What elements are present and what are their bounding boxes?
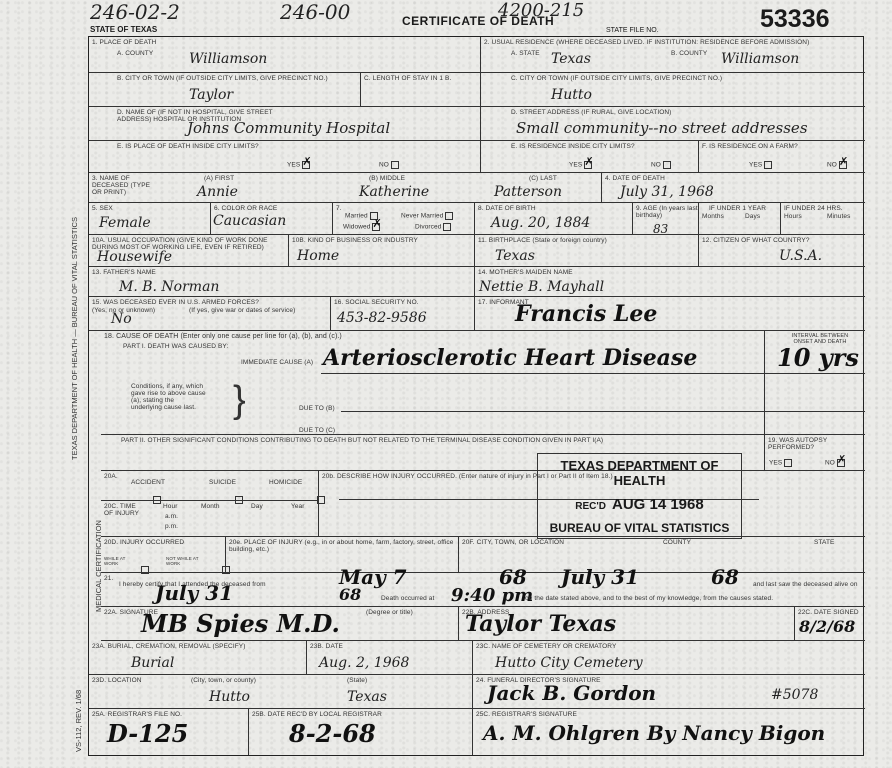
injury-state-label: STATE <box>814 539 834 546</box>
birthplace-label: 11. BIRTHPLACE (State or foreign country… <box>478 237 607 244</box>
age-cell: 9. AGE (In years last birthday) 83 <box>633 203 699 235</box>
certificate-form: 1. PLACE OF DEATH a. COUNTY Williamson 2… <box>88 36 864 756</box>
immediate-cause: Arteriosclerotic Heart Disease <box>323 345 697 371</box>
birthplace-value: Texas <box>495 248 535 264</box>
disposition-label: 23a. BURIAL, CREMATION, REMOVAL (Specify… <box>92 643 246 650</box>
physician-certification-cell: 21. I hereby certify that I attended the… <box>101 573 865 607</box>
injury-type-label: 20a. <box>104 473 118 480</box>
checkbox-checked-icon <box>837 459 845 467</box>
dob-label: 8. DATE OF BIRTH <box>478 205 536 212</box>
autopsy-cell: 19. WAS AUTOPSY PERFORMED? YES NO <box>765 435 865 471</box>
last-seen-date: July 31 <box>155 581 233 605</box>
autopsy-no[interactable]: NO <box>825 459 845 467</box>
citizen-label: 12. CITIZEN OF WHAT COUNTRY? <box>702 237 810 244</box>
date-received: 8-2-68 <box>289 719 376 748</box>
citizenship-cell: 12. CITIZEN OF WHAT COUNTRY? U.S.A. <box>699 235 865 267</box>
am-label: a.m. <box>165 513 178 520</box>
cemetery-cell: 23c. NAME OF CEMETERY OR CREMATORY Hutto… <box>473 641 865 675</box>
father-label: 13. FATHER'S NAME <box>92 269 156 276</box>
place-of-death-city: Taylor <box>189 87 233 103</box>
suicide-label: SUICIDE <box>209 479 236 486</box>
place-of-death-county: Williamson <box>189 51 267 67</box>
checkbox-checked-icon <box>839 161 847 169</box>
county-label: a. COUNTY <box>117 50 153 57</box>
received-stamp: TEXAS DEPARTMENT OF HEALTH REC'DAUG 14 1… <box>537 453 742 539</box>
under-1-year-label: IF UNDER 1 YEAR <box>709 205 766 212</box>
registrar-signature: A. M. Ohlgren By Nancy Bigon <box>483 721 825 745</box>
residence-state-county-cell: 2. USUAL RESIDENCE (Where deceased lived… <box>481 37 865 73</box>
day-label: Day <box>251 503 263 510</box>
cemetery-name: Hutto City Cemetery <box>495 655 643 671</box>
hospital-name: Johns Community Hospital <box>187 119 390 137</box>
sex-value: Female <box>99 215 151 231</box>
pm-label: p.m. <box>165 523 178 530</box>
funeral-director-signature: Jack B. Gordon <box>487 681 656 705</box>
marital-status-cell: 7. Married Never Married Widowed Divorce… <box>333 203 475 235</box>
residence-street-cell: d. STREET ADDRESS (If rural, give locati… <box>481 107 865 141</box>
handwritten-code-2: 246-00 <box>280 0 350 24</box>
attended-to-year: 68 <box>711 565 739 589</box>
armed-forces-sub2: (If yes, give war or dates of service) <box>189 307 295 314</box>
residence-county: Williamson <box>721 51 799 67</box>
conditions-label: Conditions, if any, which gave rise to a… <box>131 383 206 412</box>
residence-inside-city-yes[interactable]: YES <box>569 161 592 169</box>
length-of-stay-cell: c. LENGTH OF STAY in 1 b. <box>361 73 481 107</box>
injury-occurred-cell: 20d. INJURY OCCURRED WHILE AT WORK NOT W… <box>101 537 226 573</box>
place-inside-city-yes[interactable]: YES <box>287 161 310 169</box>
injury-county-label: COUNTY <box>663 539 691 546</box>
armed-forces-cell: 15. WAS DECEASED EVER IN U.S. ARMED FORC… <box>89 297 331 331</box>
date-of-death-cell: 4. DATE OF DEATH July 31, 1968 <box>602 173 865 203</box>
disposition-value: Burial <box>131 655 174 671</box>
ssn-cell: 16. SOCIAL SECURITY NO. 453-82-9586 <box>331 297 475 331</box>
age-label: 9. AGE (In years last birthday) <box>636 205 698 219</box>
residence-inside-city-cell: e. IS RESIDENCE INSIDE CITY LIMITS? YES … <box>481 141 699 173</box>
place-of-injury-label: 20e. PLACE OF INJURY (e.g., in or about … <box>229 539 454 553</box>
residence-farm-cell: f. IS RESIDENCE ON A FARM? YES NO <box>699 141 865 173</box>
date-signed: 8/2/68 <box>799 617 855 636</box>
residence-farm-no[interactable]: NO <box>827 161 847 169</box>
hospital-cell: d. NAME OF (If not in hospital, give str… <box>89 107 481 141</box>
place-of-death-county-cell: 1. PLACE OF DEATH a. COUNTY Williamson <box>89 37 481 73</box>
month-label: Month <box>201 503 220 510</box>
residence-street-label: d. STREET ADDRESS (If rural, give locati… <box>511 109 671 116</box>
checkbox-icon <box>443 223 451 231</box>
registrar-signature-label: 25c. REGISTRAR'S SIGNATURE <box>476 711 577 718</box>
under-24-hours-cell: IF UNDER 24 HRS. Hours Minutes <box>781 203 865 235</box>
interval-cell: INTERVAL BETWEEN ONSET AND DEATH 10 yrs <box>765 331 865 435</box>
date-of-death-label: 4. DATE OF DEATH <box>605 175 665 182</box>
father-name-cell: 13. FATHER'S NAME M. B. Norman <box>89 267 475 297</box>
minutes-label: Minutes <box>827 213 850 220</box>
date-received-cell: 25b. DATE REC'D BY LOCAL REGISTRAR 8-2-6… <box>249 709 473 755</box>
funeral-license-number: #5078 <box>771 687 818 703</box>
informant-cell: 17. INFORMANT Francis Lee <box>475 297 865 331</box>
cemetery-label: 23c. NAME OF CEMETERY OR CREMATORY <box>476 643 616 650</box>
brace-icon: } <box>233 381 246 419</box>
checkbox-icon <box>784 459 792 467</box>
not-while-at-work-label: NOT WHILE AT WORK <box>166 557 201 567</box>
marital-widowed[interactable]: Widowed <box>343 223 380 231</box>
date-of-birth-cell: 8. DATE OF BIRTH Aug. 20, 1884 <box>475 203 633 235</box>
residence-city: Hutto <box>551 87 592 103</box>
residence-state-label: a. STATE <box>511 50 540 57</box>
occupation-cell: 10a. USUAL OCCUPATION (Give kind of work… <box>89 235 289 267</box>
hours-label: Hours <box>784 213 802 220</box>
checkbox-checked-icon <box>302 161 310 169</box>
hour-label: Hour <box>163 503 178 510</box>
burial-location-state: Texas <box>347 689 387 705</box>
stamp-bureau: BUREAU OF VITAL STATISTICS <box>538 521 741 535</box>
state-file-label: STATE FILE NO. <box>606 27 659 34</box>
handwritten-code-1: 246-02-2 <box>90 0 180 24</box>
business-cell: 10b. KIND OF BUSINESS OR INDUSTRY Home <box>289 235 475 267</box>
marital-divorced[interactable]: Divorced <box>415 223 451 231</box>
date-of-birth: Aug. 20, 1884 <box>491 215 590 231</box>
business-value: Home <box>297 248 339 264</box>
length-of-stay-label: c. LENGTH OF STAY in 1 b. <box>364 75 464 82</box>
registrar-signature-cell: 25c. REGISTRAR'S SIGNATURE A. M. Ohlgren… <box>473 709 865 755</box>
city-label: b. CITY OR TOWN (If outside city limits,… <box>117 75 328 82</box>
checkbox-checked-icon <box>584 161 592 169</box>
first-name-label: (a) First <box>204 175 234 182</box>
residence-farm-yes[interactable]: YES <box>749 161 772 169</box>
date-of-death: July 31, 1968 <box>620 184 714 200</box>
deceased-last-name: Patterson <box>494 184 562 200</box>
residence-street: Small community--no street addresses <box>516 119 808 137</box>
marital-label: 7. <box>336 205 342 212</box>
immediate-cause-label: IMMEDIATE CAUSE (a) <box>241 359 313 366</box>
citizen-value: U.S.A. <box>779 248 822 264</box>
days-label: Days <box>745 213 760 220</box>
injury-type-cell: 20a. ACCIDENT SUICIDE HOMICIDE <box>101 471 319 501</box>
place-of-death-section-label: 1. PLACE OF DEATH <box>92 39 156 46</box>
checkbox-icon <box>445 212 453 220</box>
physician-address: Taylor Texas <box>465 611 616 637</box>
stamp-recd-label: REC'D <box>575 501 606 512</box>
injury-location-label: 20f. CITY, TOWN, OR LOCATION <box>462 539 564 546</box>
certification-text2: and last saw the deceased alive on <box>753 581 858 588</box>
document-title: CERTIFICATE OF DEATH <box>402 14 554 28</box>
certification-text3: on the date stated above, and to the bes… <box>525 595 773 602</box>
informant-signature: Francis Lee <box>515 301 657 327</box>
sex-label: 5. SEX <box>92 205 113 212</box>
physician-signature-cell: 22a. SIGNATURE (Degree or title) MB Spie… <box>101 607 459 641</box>
checkbox-icon <box>391 161 399 169</box>
residence-city-label: c. CITY OR TOWN (If outside city limits,… <box>511 75 722 82</box>
mother-maiden-name: Nettie B. Mayhall <box>479 279 604 295</box>
part1-label: PART I. DEATH WAS CAUSED BY: <box>123 343 228 350</box>
location-state-label: (State) <box>347 677 367 684</box>
last-name-label: (c) Last <box>529 175 557 182</box>
mother-label: 14. MOTHER'S MAIDEN NAME <box>478 269 573 276</box>
checkbox-checked-icon <box>372 223 380 231</box>
residence-farm-label: f. IS RESIDENCE ON A FARM? <box>702 143 798 150</box>
place-inside-city-cell: e. IS PLACE OF DEATH INSIDE CITY LIMITS?… <box>89 141 481 173</box>
father-name: M. B. Norman <box>119 279 219 295</box>
registrar-file-cell: 25a. REGISTRAR'S FILE NO. D-125 <box>89 709 249 755</box>
stamp-date: AUG 14 1968 <box>612 496 704 513</box>
death-occurred-label: Death occurred at <box>381 595 434 602</box>
degree-label: (Degree or title) <box>366 609 413 616</box>
checkbox-icon <box>663 161 671 169</box>
state-label: STATE OF TEXAS <box>90 25 157 34</box>
physician-address-cell: 22b. ADDRESS Taylor Texas <box>459 607 795 641</box>
under-1-year-cell: IF UNDER 1 YEAR Months Days <box>699 203 781 235</box>
residence-city-cell: c. CITY OR TOWN (If outside city limits,… <box>481 73 865 107</box>
year-label: Year <box>291 503 305 510</box>
cause-of-death-cell: 18. CAUSE OF DEATH (Enter only one cause… <box>101 331 765 435</box>
death-certificate: 246-02-2 246-00 4200-215 STATE OF TEXAS … <box>0 0 892 768</box>
age-value: 83 <box>653 222 668 236</box>
residence-inside-city-label: e. IS RESIDENCE INSIDE CITY LIMITS? <box>511 143 635 150</box>
time-of-injury-cell: 20c. TIME OF INJURY Hour a.m. p.m. Month… <box>101 501 319 537</box>
residence-section-label: 2. USUAL RESIDENCE (Where deceased lived… <box>484 39 809 46</box>
deceased-middle-name: Katherine <box>359 184 429 200</box>
disposition-cell: 23a. BURIAL, CREMATION, REMOVAL (Specify… <box>89 641 307 675</box>
cause-of-death-label: 18. CAUSE OF DEATH (Enter only one cause… <box>104 333 342 341</box>
sex-cell: 5. SEX Female <box>89 203 211 235</box>
accident-label: ACCIDENT <box>131 479 165 486</box>
burial-date: Aug. 2, 1968 <box>319 655 409 671</box>
registrar-file-label: 25a. REGISTRAR'S FILE NO. <box>92 711 182 718</box>
armed-forces-value: No <box>111 311 132 327</box>
burial-date-cell: 23b. DATE Aug. 2, 1968 <box>307 641 473 675</box>
due-to-b-label: DUE TO (b) <box>299 405 335 412</box>
while-at-work-label: WHILE AT WORK <box>104 557 132 567</box>
stamp-department: TEXAS DEPARTMENT OF HEALTH <box>538 458 741 488</box>
certification-label: 21. <box>104 575 113 582</box>
residence-county-label: b. COUNTY <box>671 50 707 57</box>
ssn-value: 453-82-9586 <box>337 310 427 326</box>
business-label: 10b. KIND OF BUSINESS OR INDUSTRY <box>292 237 418 244</box>
mother-name-cell: 14. MOTHER'S MAIDEN NAME Nettie B. Mayha… <box>475 267 865 297</box>
death-time: 9:40 pm <box>451 585 533 606</box>
birthplace-cell: 11. BIRTHPLACE (State or foreign country… <box>475 235 699 267</box>
homicide-label: HOMICIDE <box>269 479 302 486</box>
burial-location-city: Hutto <box>209 689 250 705</box>
burial-location-cell: 23d. LOCATION (City, town, or county) Hu… <box>89 675 473 709</box>
residence-state: Texas <box>551 51 591 67</box>
side-label-top: TEXAS DEPARTMENT OF HEALTH — BUREAU OF V… <box>70 130 90 460</box>
residence-inside-city-no[interactable]: NO <box>651 161 671 169</box>
funeral-director-cell: 24. FUNERAL DIRECTOR'S SIGNATURE Jack B.… <box>473 675 865 709</box>
ssn-label: 16. SOCIAL SECURITY NO. <box>334 299 419 306</box>
deceased-first-name: Annie <box>197 184 238 200</box>
due-to-c-label: DUE TO (c) <box>299 427 335 434</box>
months-label: Months <box>702 213 724 220</box>
armed-forces-label: 15. WAS DECEASED EVER IN U.S. ARMED FORC… <box>92 299 259 306</box>
middle-name-label: (b) Middle <box>369 175 405 182</box>
race-value: Caucasian <box>213 213 286 229</box>
place-inside-city-no[interactable]: NO <box>379 161 399 169</box>
part2-label: PART II. OTHER SIGNIFICANT CONDITIONS CO… <box>121 437 603 444</box>
date-received-label: 25b. DATE REC'D BY LOCAL REGISTRAR <box>252 711 382 718</box>
checkbox-icon <box>764 161 772 169</box>
time-of-injury-label: 20c. TIME OF INJURY <box>104 503 144 517</box>
deceased-name-cell: 3. NAME OF DECEASED (Type or print) (a) … <box>89 173 602 203</box>
attended-to-date: July 31 <box>561 565 639 589</box>
occupation-value: Housewife <box>97 249 172 265</box>
stamp-date-line: REC'DAUG 14 1968 <box>538 496 741 513</box>
date-signed-cell: 22c. DATE SIGNED 8/2/68 <box>795 607 865 641</box>
autopsy-yes[interactable]: YES <box>769 459 792 467</box>
injury-occurred-label: 20d. INJURY OCCURRED <box>104 539 184 546</box>
place-inside-city-label: e. IS PLACE OF DEATH INSIDE CITY LIMITS? <box>117 143 259 150</box>
interval-value: 10 yrs <box>777 343 859 372</box>
autopsy-label: 19. WAS AUTOPSY PERFORMED? <box>768 437 860 451</box>
deceased-name-label: 3. NAME OF DECEASED (Type or print) <box>92 175 152 196</box>
marital-never-married[interactable]: Never Married <box>401 212 453 220</box>
race-cell: 6. COLOR OR RACE Caucasian <box>211 203 333 235</box>
registrar-file-number: D-125 <box>107 719 188 748</box>
place-of-death-city-cell: b. CITY OR TOWN (If outside city limits,… <box>89 73 361 107</box>
burial-location-label: 23d. LOCATION <box>92 677 142 684</box>
state-file-number: 53336 <box>760 5 830 34</box>
under-24-hours-label: IF UNDER 24 HRS. <box>784 205 843 212</box>
location-city-label: (City, town, or county) <box>191 677 256 684</box>
physician-signature: MB Spies M.D. <box>141 609 340 638</box>
burial-date-label: 23b. DATE <box>310 643 343 650</box>
last-seen-year: 68 <box>339 585 361 604</box>
date-signed-label: 22c. DATE SIGNED <box>798 609 859 616</box>
race-label: 6. COLOR OR RACE <box>214 205 277 212</box>
